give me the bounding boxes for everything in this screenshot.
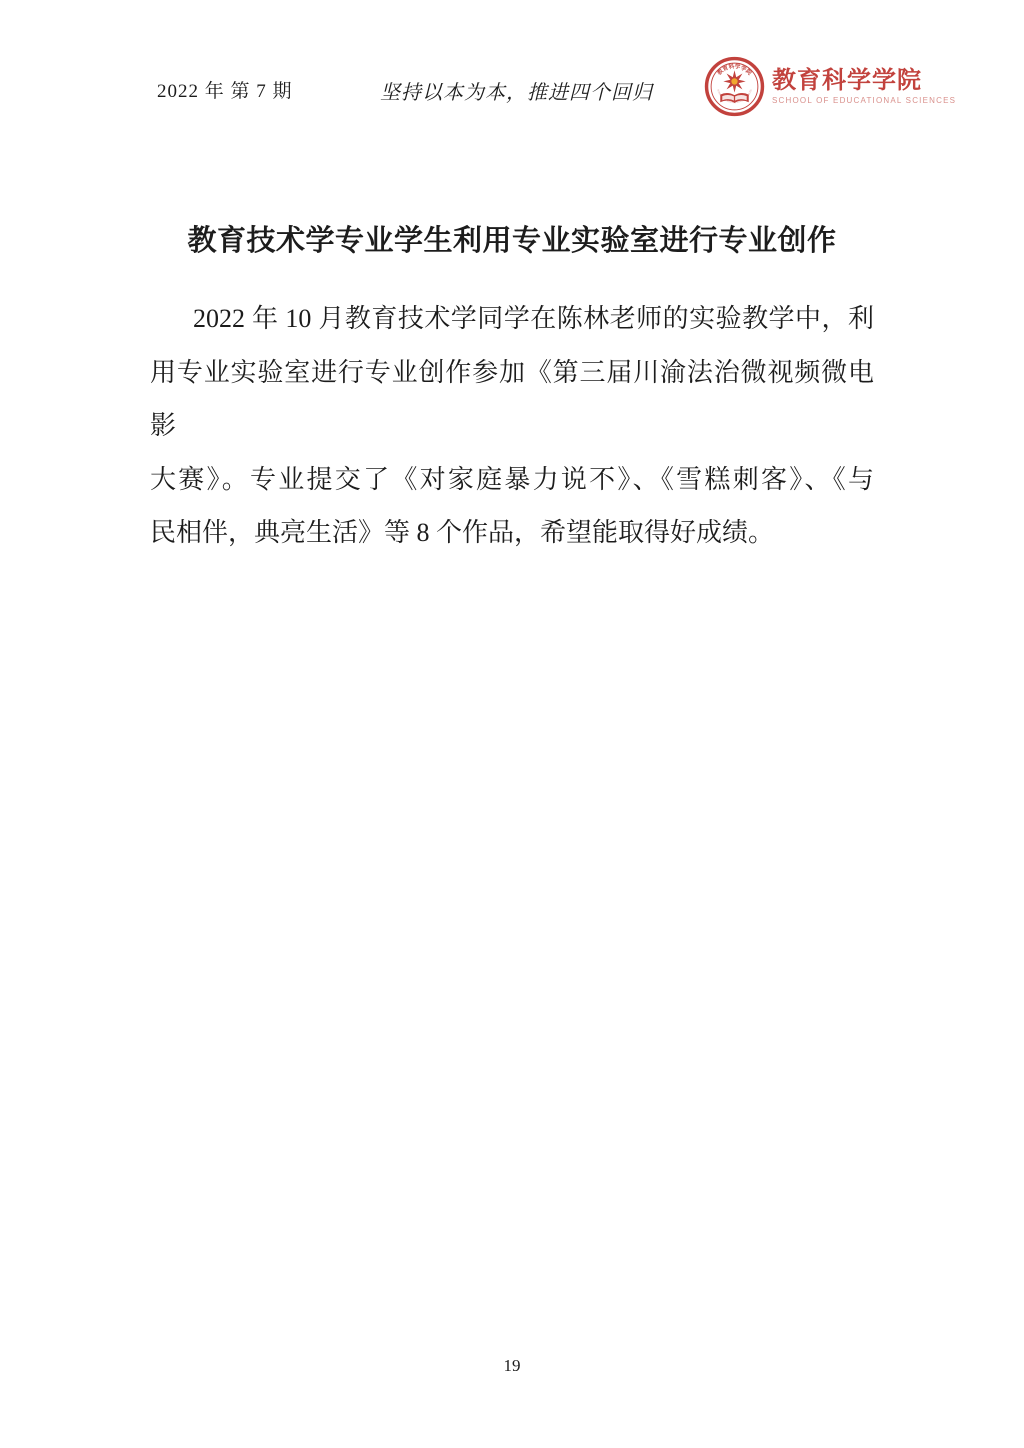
school-seal-icon: 教育科学学院 SCHOOL OF EDUCATIONAL SCIENCES — [704, 56, 765, 117]
school-name: 教育科学学院 — [772, 67, 956, 95]
article-paragraph: 2022 年 10 月教育技术学同学在陈林老师的实验教学中，利 用专业实验室进行… — [150, 292, 874, 560]
article-title: 教育技术学专业学生利用专业实验室进行专业创作 — [150, 218, 874, 259]
paragraph-line: 用专业实验室进行专业创作参加《第三届川渝法治微视频微电影 — [150, 346, 874, 453]
school-logo: 教育科学学院 SCHOOL OF EDUCATIONAL SCIENCES 教育… — [704, 56, 956, 117]
header-slogan: 坚持以本为本，推进四个回归 — [380, 76, 653, 105]
paragraph-line: 民相伴，典亮生活》等 8 个作品，希望能取得好成绩。 — [150, 506, 874, 560]
issue-label: 2022 年 第 7 期 — [157, 76, 293, 103]
document-page: 2022 年 第 7 期 坚持以本为本，推进四个回归 教育科学学院 SCHOOL… — [0, 0, 1024, 1448]
paragraph-line: 大赛》。专业提交了《对家庭暴力说不》、《雪糕刺客》、《与 — [150, 453, 874, 507]
page-number: 19 — [0, 1356, 1024, 1376]
paragraph-line: 2022 年 10 月教育技术学同学在陈林老师的实验教学中，利 — [150, 292, 874, 346]
school-name-english: SCHOOL OF EDUCATIONAL SCIENCES — [772, 95, 956, 106]
school-logo-text: 教育科学学院 SCHOOL OF EDUCATIONAL SCIENCES — [772, 67, 956, 106]
